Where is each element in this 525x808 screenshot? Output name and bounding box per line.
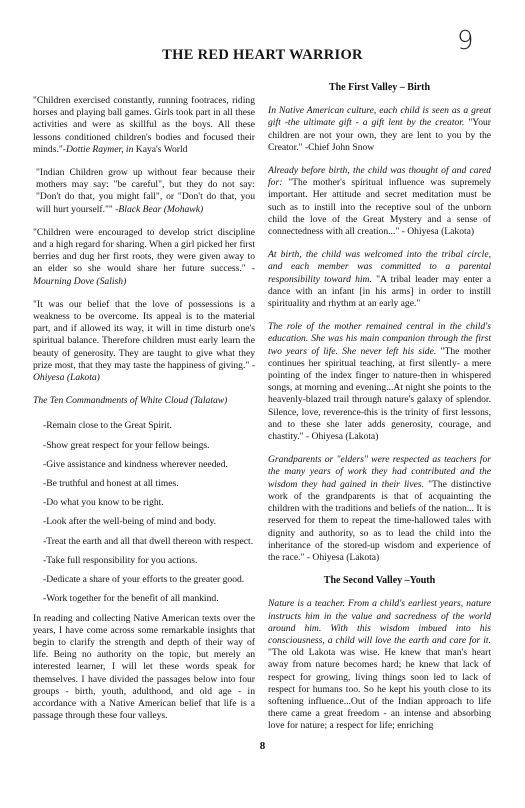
birth-paragraph-5: Grandparents or "elders" were respected … bbox=[268, 454, 491, 564]
section-heading-birth: The First Valley – Birth bbox=[268, 82, 491, 94]
commandment-item: -Be truthful and honest at all times. bbox=[33, 478, 255, 490]
intro-paragraph: In reading and collecting Native America… bbox=[33, 613, 255, 723]
commandments-title: The Ten Commandments of White Cloud (Tal… bbox=[33, 395, 255, 407]
quote-ohiyesa: "It was our belief that the love of poss… bbox=[33, 299, 255, 384]
commandments-list: -Remain close to the Great Spirit. -Show… bbox=[33, 420, 255, 605]
quote-black-bear: "Indian Children grow up without fear be… bbox=[36, 167, 255, 216]
right-column: The First Valley – Birth In Native Ameri… bbox=[268, 82, 491, 744]
section-heading-youth: The Second Valley –Youth bbox=[268, 575, 491, 587]
commandment-item: -Do what you know to be right. bbox=[33, 497, 255, 509]
birth-paragraph-2: Already before birth, the child was thou… bbox=[268, 165, 491, 238]
birth-paragraph-1: In Native American culture, each child i… bbox=[268, 105, 491, 154]
commandment-item: -Take full responsibility for you action… bbox=[33, 555, 255, 567]
commandment-item: -Show great respect for your fellow bein… bbox=[33, 440, 255, 452]
left-column: "Children exercised constantly, running … bbox=[33, 95, 255, 733]
commandment-item: -Remain close to the Great Spirit. bbox=[33, 420, 255, 432]
birth-paragraph-3: At birth, the child was welcomed into th… bbox=[268, 249, 491, 310]
quote-raymer: "Children exercised constantly, running … bbox=[33, 95, 255, 156]
page-number: 8 bbox=[0, 740, 525, 752]
quote-mourning-dove: "Children were encouraged to develop str… bbox=[33, 227, 255, 288]
commandment-item: -Give assistance and kindness wherever n… bbox=[33, 459, 255, 471]
commandment-item: -Look after the well-being of mind and b… bbox=[33, 516, 255, 528]
birth-paragraph-4: The role of the mother remained central … bbox=[268, 321, 491, 443]
commandment-item: -Dedicate a share of your efforts to the… bbox=[33, 574, 255, 586]
commandment-item: -Work together for the benefit of all ma… bbox=[33, 593, 255, 605]
youth-paragraph-1: Nature is a teacher. From a child's earl… bbox=[268, 598, 491, 732]
handwritten-page-number: 9 bbox=[457, 26, 474, 56]
page-title: THE RED HEART WARRIOR bbox=[0, 47, 525, 64]
commandment-item: -Treat the earth and all that dwell ther… bbox=[33, 536, 255, 548]
